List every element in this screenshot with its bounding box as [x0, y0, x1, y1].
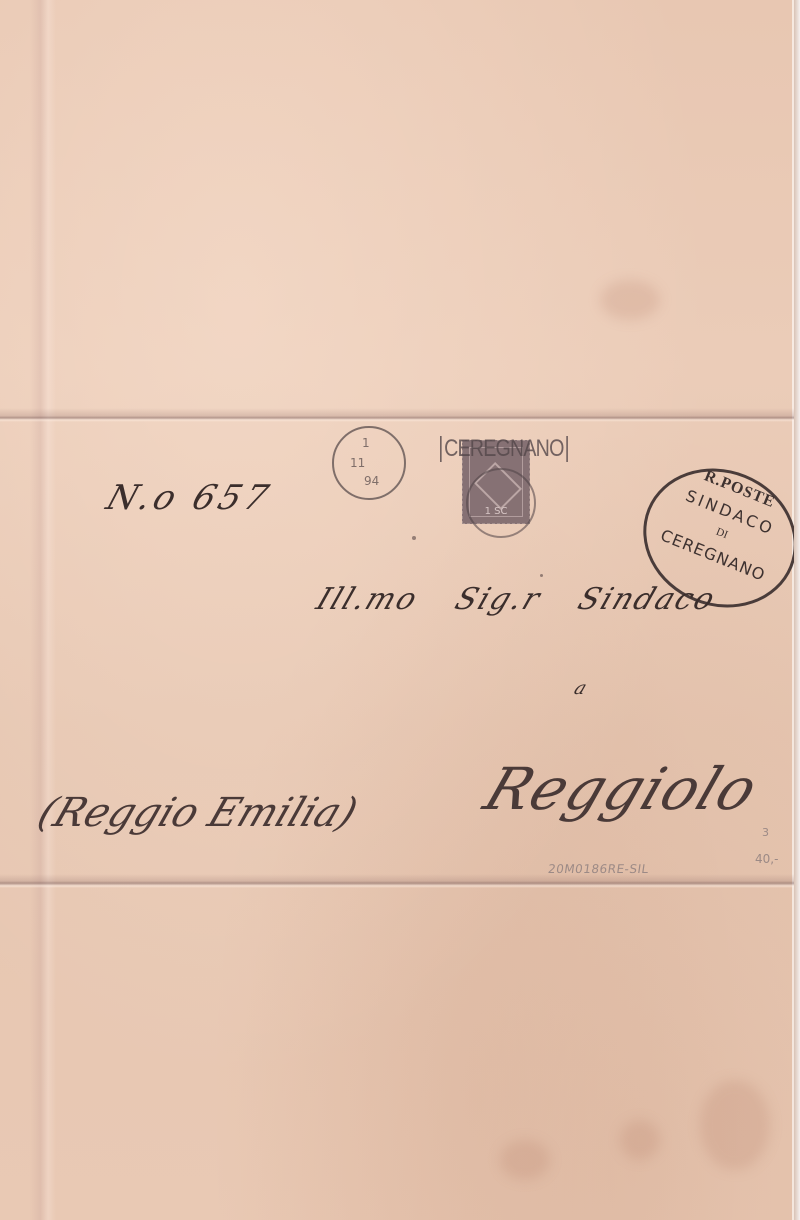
paper-stain	[500, 1140, 550, 1180]
vertical-fold-crease	[30, 0, 56, 1220]
lower-fold-panel	[0, 884, 794, 1220]
paper-right-edge	[794, 0, 800, 1220]
postmark-month: 11	[350, 456, 365, 470]
upper-fold-panel	[0, 0, 794, 415]
postmark-year: 94	[364, 474, 379, 488]
pencil-price-top: 3	[762, 826, 769, 839]
town-cancel: CEREGNANO	[440, 436, 568, 462]
pencil-price-bottom: 40,-	[755, 852, 778, 866]
addressee-line: Ill.mo Sig.r Sindaco	[312, 582, 750, 617]
paper-stain	[600, 280, 660, 320]
addressee-office: Sindaco	[573, 582, 721, 617]
document-sheet: 1 11 94 1 SC CEREGNANO R.POSTE SINDACO D…	[0, 0, 794, 1220]
paper-stain	[620, 1120, 660, 1160]
catalog-code: 20M0186RE-SIL	[547, 862, 650, 876]
destination-province: (Reggio Emilia)	[32, 790, 364, 836]
date-postmark: 1 11 94	[332, 426, 406, 500]
stamp-cancel-ring	[466, 468, 536, 538]
addressee-title: Sig.r	[450, 582, 546, 617]
upper-fold-crease	[0, 408, 794, 422]
postmark-day: 1	[362, 436, 370, 450]
paper-stain	[700, 1080, 770, 1170]
ink-speck	[412, 536, 416, 540]
lower-fold-crease	[0, 874, 794, 888]
reference-number: N.o 657	[102, 478, 278, 518]
ink-speck	[540, 574, 543, 577]
addressee-honorific: Ill.mo	[312, 582, 424, 617]
destination-city: Reggiolo	[476, 755, 768, 823]
